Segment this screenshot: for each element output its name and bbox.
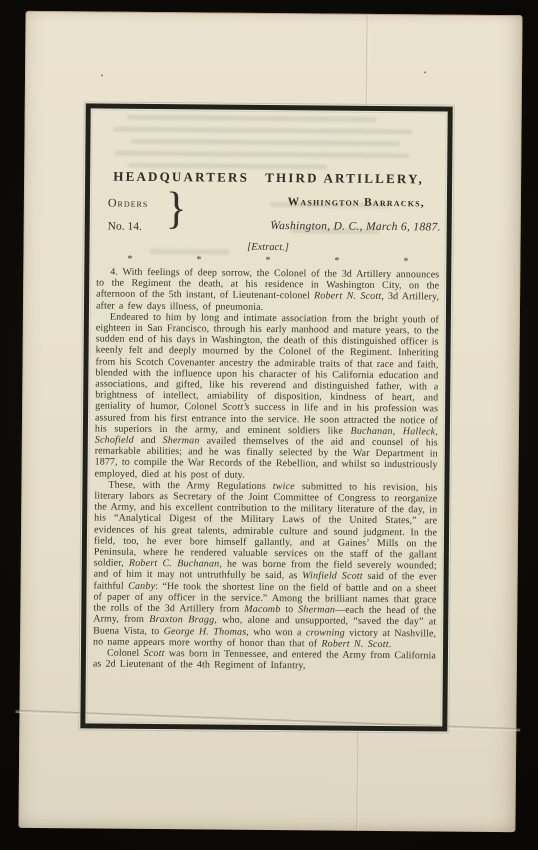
vertical-fold-crease-top <box>366 14 369 108</box>
station-line: Washington Barracks, <box>288 196 425 209</box>
brace-glyph: } <box>166 188 187 230</box>
document-title: HEADQUARTERS THIRD ARTILLERY, <box>90 168 447 187</box>
ink-bleedthrough-smudge <box>130 139 400 146</box>
paragraph-eulogy: Endeared to him by long and intimate ass… <box>94 311 438 482</box>
asterisk-icon: * <box>265 255 270 266</box>
paper-speck <box>101 75 103 77</box>
orders-label: Orders <box>108 196 149 211</box>
asterisk-icon: * <box>196 254 201 265</box>
section-separator-asterisks: * * * * * <box>89 253 446 267</box>
paper-speck <box>424 71 426 73</box>
ink-bleedthrough-smudge <box>127 115 377 122</box>
dateline: Washington, D. C., March 6, 1887. <box>270 220 440 233</box>
ink-bleedthrough-smudge <box>114 151 409 159</box>
printed-content: HEADQUARTERS THIRD ARTILLERY, Orders No.… <box>85 108 447 726</box>
mourning-border-frame: HEADQUARTERS THIRD ARTILLERY, Orders No.… <box>80 103 452 731</box>
order-body: 4. With feelings of deep sorrow, the Col… <box>93 266 440 672</box>
orders-number: No. 14. <box>108 221 142 233</box>
paragraph-death-announcement: 4. With feelings of deep sorrow, the Col… <box>96 266 439 314</box>
extract-label: [Extract.] <box>89 240 446 254</box>
asterisk-icon: * <box>334 256 339 267</box>
asterisk-icon: * <box>127 254 132 265</box>
ink-bleedthrough-smudge <box>113 127 413 135</box>
paragraph-achievements: These, with the Army Regulations twice s… <box>93 479 437 650</box>
scan-background: HEADQUARTERS THIRD ARTILLERY, Orders No.… <box>0 0 538 850</box>
vertical-fold-crease-bottom <box>356 726 359 831</box>
paragraph-biography: Colonel Scott was born in Tennessee, and… <box>93 647 436 672</box>
asterisk-icon: * <box>403 256 408 267</box>
document-paper: HEADQUARTERS THIRD ARTILLERY, Orders No.… <box>18 11 522 832</box>
